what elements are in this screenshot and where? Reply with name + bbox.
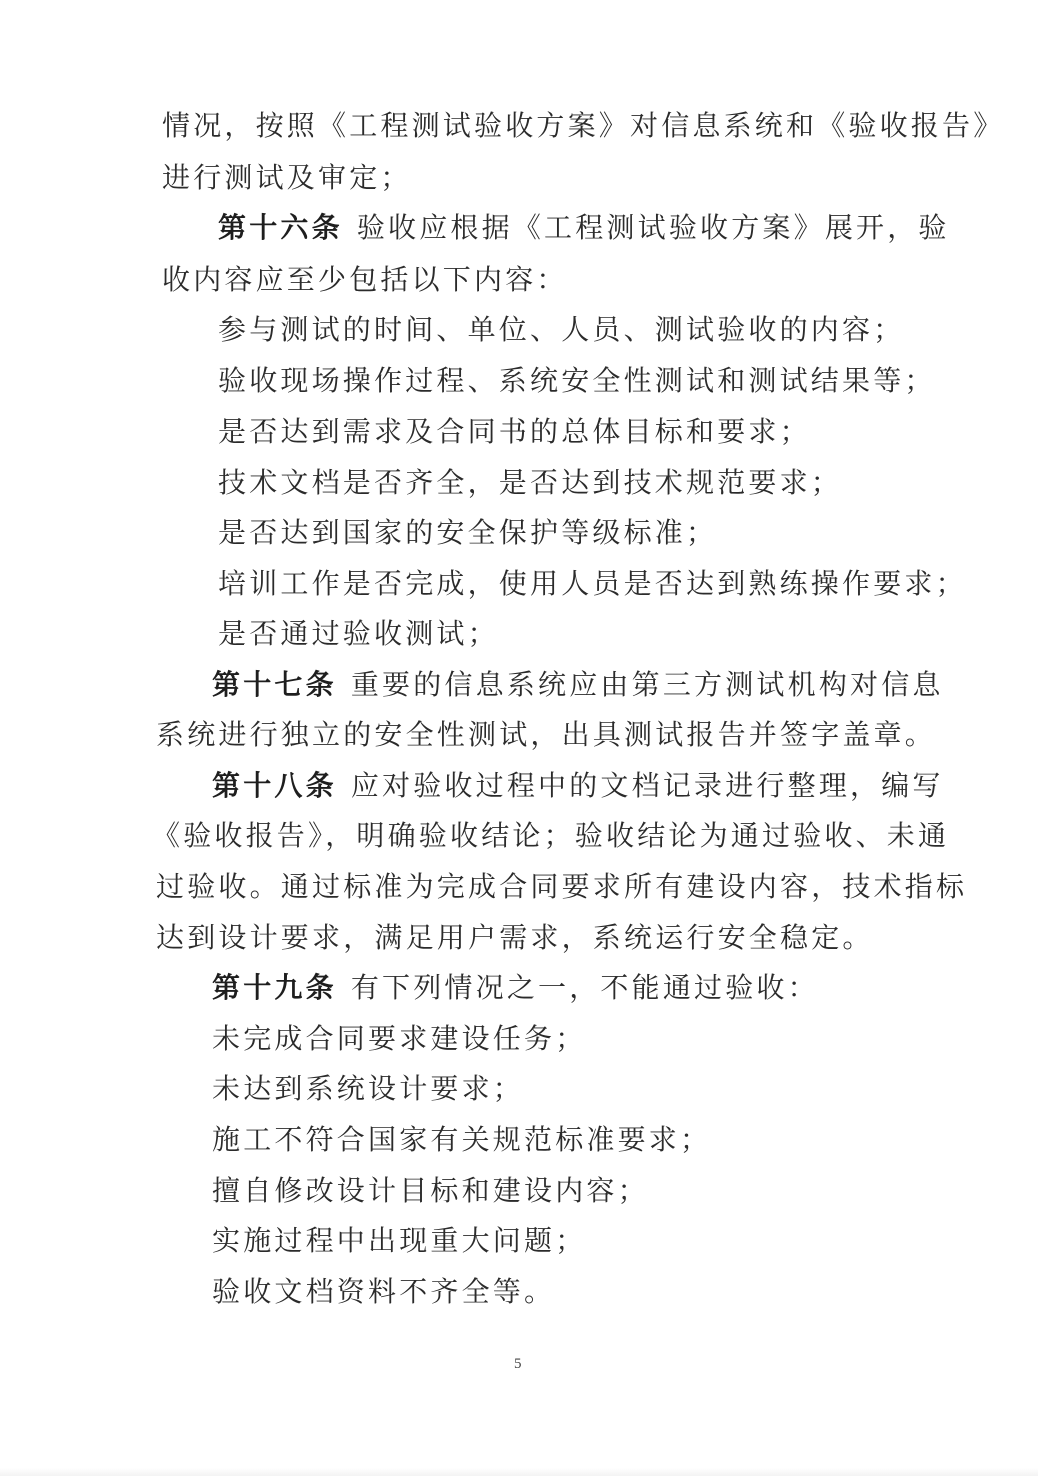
page-number: 5 <box>514 1356 522 1373</box>
article-label: 第十九条 <box>212 971 337 1004</box>
article-18-heading-line: 第十八条应对验收过程中的文档记录进行整理，编写 <box>212 768 944 804</box>
article-text: 有下列情况之一，不能通过验收： <box>351 971 819 1004</box>
list-item: 未达到系统设计要求； <box>212 1071 524 1107</box>
paragraph-line: 过验收。通过标准为完成合同要求所有建设内容，技术指标 <box>156 869 967 905</box>
article-text: 重要的信息系统应由第三方测试机构对信息 <box>351 668 944 701</box>
list-item: 未完成合同要求建设任务； <box>212 1021 586 1057</box>
article-label: 第十八条 <box>212 769 337 802</box>
article-17-heading-line: 第十七条重要的信息系统应由第三方测试机构对信息 <box>212 667 944 703</box>
article-label: 第十七条 <box>212 668 337 701</box>
list-item: 验收现场操作过程、系统安全性测试和测试结果等； <box>218 363 936 399</box>
paragraph-line: 达到设计要求，满足用户需求，系统运行安全稳定。 <box>156 920 874 956</box>
article-label: 第十六条 <box>218 211 343 244</box>
paragraph-line: 《验收报告》，明确验收结论；验收结论为通过验收、未通 <box>152 818 949 854</box>
list-item: 技术文档是否齐全，是否达到技术规范要求； <box>218 465 842 501</box>
list-item: 培训工作是否完成，使用人员是否达到熟练操作要求； <box>218 566 967 602</box>
paragraph-line: 进行测试及审定； <box>162 160 412 196</box>
article-text: 应对验收过程中的文档记录进行整理，编写 <box>351 769 944 802</box>
paragraph-line: 系统进行独立的安全性测试，出具测试报告并签字盖章。 <box>156 717 936 753</box>
list-item: 实施过程中出现重大问题； <box>212 1223 586 1259</box>
list-item: 验收文档资料不齐全等。 <box>212 1274 555 1310</box>
document-page: 情况，按照《工程测试验收方案》对信息系统和《验收报告》 进行测试及审定； 第十六… <box>0 0 1038 1476</box>
list-item: 是否达到需求及合同书的总体目标和要求； <box>218 414 811 450</box>
list-item: 擅自修改设计目标和建设内容； <box>212 1173 649 1209</box>
list-item: 施工不符合国家有关规范标准要求； <box>212 1122 711 1158</box>
paragraph-line: 情况，按照《工程测试验收方案》对信息系统和《验收报告》 <box>162 108 1004 144</box>
page-bottom-edge <box>0 1468 1038 1476</box>
article-text: 验收应根据《工程测试验收方案》展开，验 <box>357 211 950 244</box>
list-item: 参与测试的时间、单位、人员、测试验收的内容； <box>218 312 904 348</box>
article-19-heading-line: 第十九条有下列情况之一，不能通过验收： <box>212 970 819 1006</box>
paragraph-line: 收内容应至少包括以下内容： <box>162 262 568 298</box>
article-16-heading-line: 第十六条验收应根据《工程测试验收方案》展开，验 <box>218 210 950 246</box>
list-item: 是否达到国家的安全保护等级标准； <box>218 515 717 551</box>
list-item: 是否通过验收测试； <box>218 616 499 652</box>
